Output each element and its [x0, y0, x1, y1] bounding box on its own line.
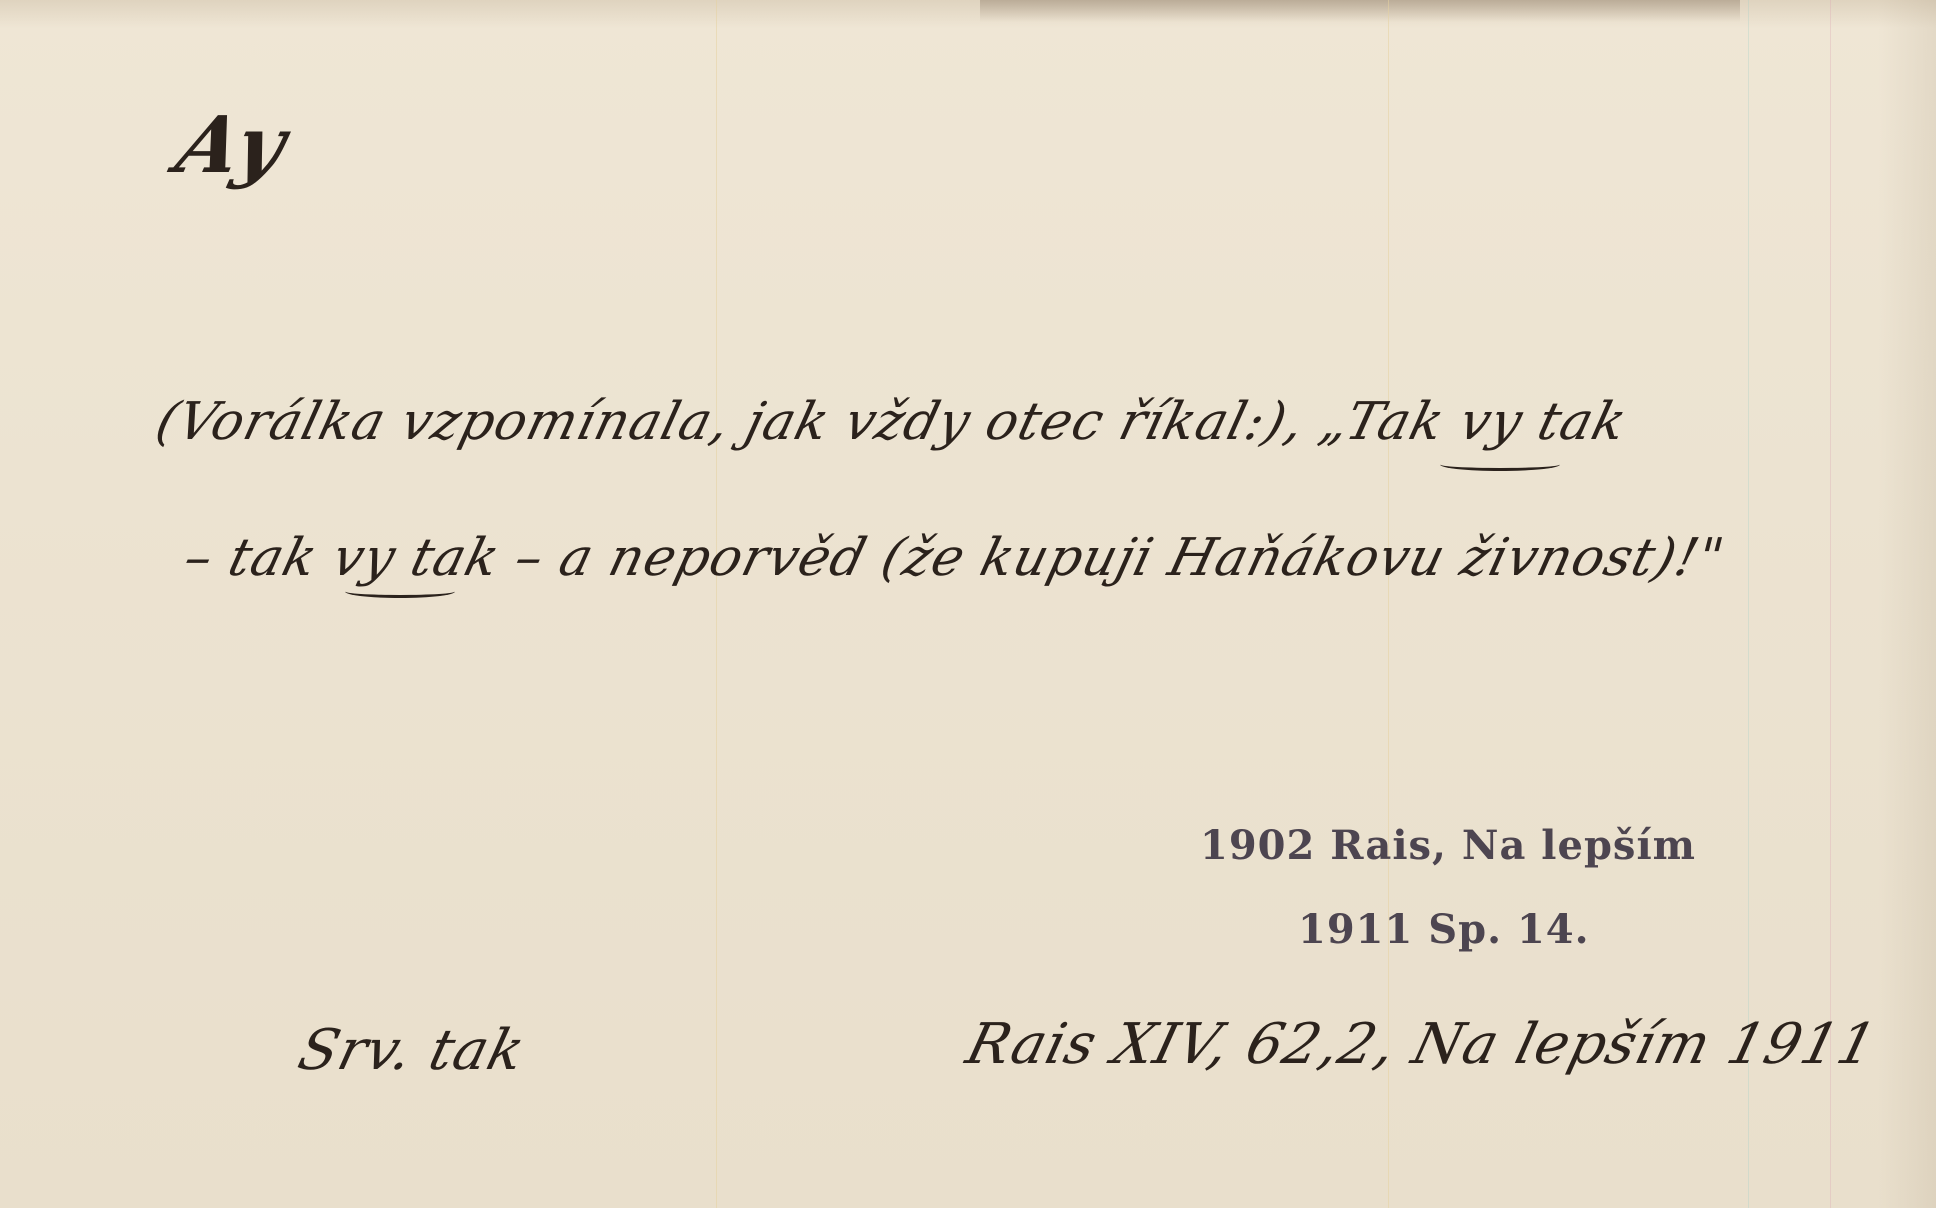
stamp-line-1: 1902 Rais, Na lepším	[1200, 822, 1696, 869]
wavy-underline	[1440, 458, 1560, 471]
source-reference: Rais XIV, 62,2, Na lepším 1911	[960, 1012, 1883, 1077]
citation-line-2: – tak vy tak – a neporvěd (že kupuji Haň…	[178, 528, 1730, 588]
citation-line-1: (Vorálka vzpomínala, jak vždy otec říkal…	[150, 392, 1633, 452]
headword: Ay	[168, 100, 295, 191]
cross-reference: Srv. tak	[292, 1018, 532, 1083]
stamp-line-2: 1911 Sp. 14.	[1298, 906, 1590, 953]
index-card: Ay (Vorálka vzpomínala, jak vždy otec ří…	[0, 0, 1936, 1208]
wavy-underline	[345, 585, 455, 598]
paper-crease	[716, 0, 717, 1208]
scan-edge-shadow	[980, 0, 1740, 22]
